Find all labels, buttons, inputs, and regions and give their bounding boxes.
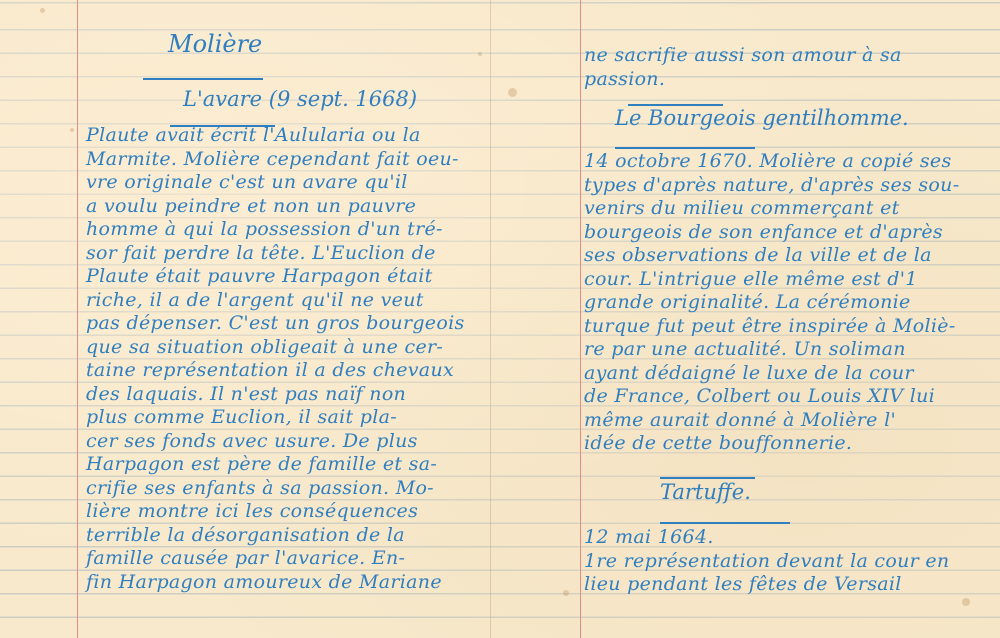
left-page: Molière L'avare (9 sept. 1668) Plaute av… (0, 0, 500, 638)
text-line: 1re représentation devant la cour en (584, 550, 949, 574)
text-line: ayant dédaigné le luxe de la cour (584, 362, 914, 386)
text-line: 12 mai 1664. (584, 526, 714, 550)
play-heading-bourgeois-gentilhomme: Le Bourgeois gentilhomme. (615, 106, 909, 130)
text-line: vre originale c'est un avare qu'il (86, 171, 408, 195)
text-line: Marmite. Molière cependant fait oeu- (86, 148, 459, 172)
text-line: 14 octobre 1670. Molière a copié ses (584, 150, 952, 174)
bourgeois-bottom-rule (615, 147, 755, 149)
text-line: cer ses fonds avec usure. De plus (86, 430, 418, 454)
tartuffe-top-rule (660, 477, 755, 479)
tartuffe-bottom-rule (660, 522, 790, 524)
author-heading: Molière (168, 30, 262, 58)
text-line: Plaute était pauvre Harpagon était (86, 265, 433, 289)
text-line: re par une actualité. Un soliman (584, 338, 906, 362)
text-line: des laquais. Il n'est pas naïf non (86, 383, 406, 407)
text-line: passion. (584, 68, 665, 92)
text-line: Harpagon est père de famille et sa- (86, 453, 437, 477)
text-line: taine représentation il a des chevaux (86, 359, 454, 383)
play-heading-lavare: L'avare (9 sept. 1668) (183, 87, 417, 111)
text-line: même aurait donné à Molière l' (584, 409, 896, 433)
right-page: ne sacrifie aussi son amour à sa passion… (500, 0, 1000, 638)
text-line: turque fut peut être inspirée à Moliè- (584, 315, 956, 339)
text-line: de France, Colbert ou Louis XIV lui (584, 385, 935, 409)
text-line: ses observations de la ville et de la (584, 244, 932, 268)
text-line: a voulu peindre et non un pauvre (86, 195, 416, 219)
text-line: fin Harpagon amoureux de Mariane (86, 571, 442, 595)
text-line: lieu pendant les fêtes de Versail (584, 573, 902, 597)
play-heading-tartuffe: Tartuffe. (660, 480, 751, 504)
text-line: plus comme Euclion, il sait pla- (86, 406, 397, 430)
text-line: cour. L'intrigue elle même est d'1 (584, 268, 918, 292)
text-line: idée de cette bouffonnerie. (584, 432, 852, 456)
text-line: terrible la désorganisation de la (86, 524, 405, 548)
text-line: Plaute avait écrit l'Aulularia ou la (86, 124, 421, 148)
text-line: homme à qui la possession d'un tré- (86, 218, 443, 242)
text-line: bourgeois de son enfance et d'après (584, 221, 943, 245)
text-line: venirs du milieu commerçant et (584, 197, 900, 221)
text-line: crifie ses enfants à sa passion. Mo- (86, 477, 434, 501)
text-line: riche, il a de l'argent qu'il ne veut (86, 289, 424, 313)
text-line: que sa situation obligeait à une cer- (86, 336, 443, 360)
text-line: famille causée par l'avarice. En- (86, 547, 405, 571)
text-line: pas dépenser. C'est un gros bourgeois (86, 312, 465, 336)
text-line: lière montre ici les conséquences (86, 500, 418, 524)
text-line: ne sacrifie aussi son amour à sa (584, 44, 902, 68)
heading-underline (143, 78, 263, 80)
text-line: grande originalité. La cérémonie (584, 291, 911, 315)
text-line: types d'après nature, d'après ses sou- (584, 174, 959, 198)
text-line: sor fait perdre la tête. L'Euclion de (86, 242, 436, 266)
